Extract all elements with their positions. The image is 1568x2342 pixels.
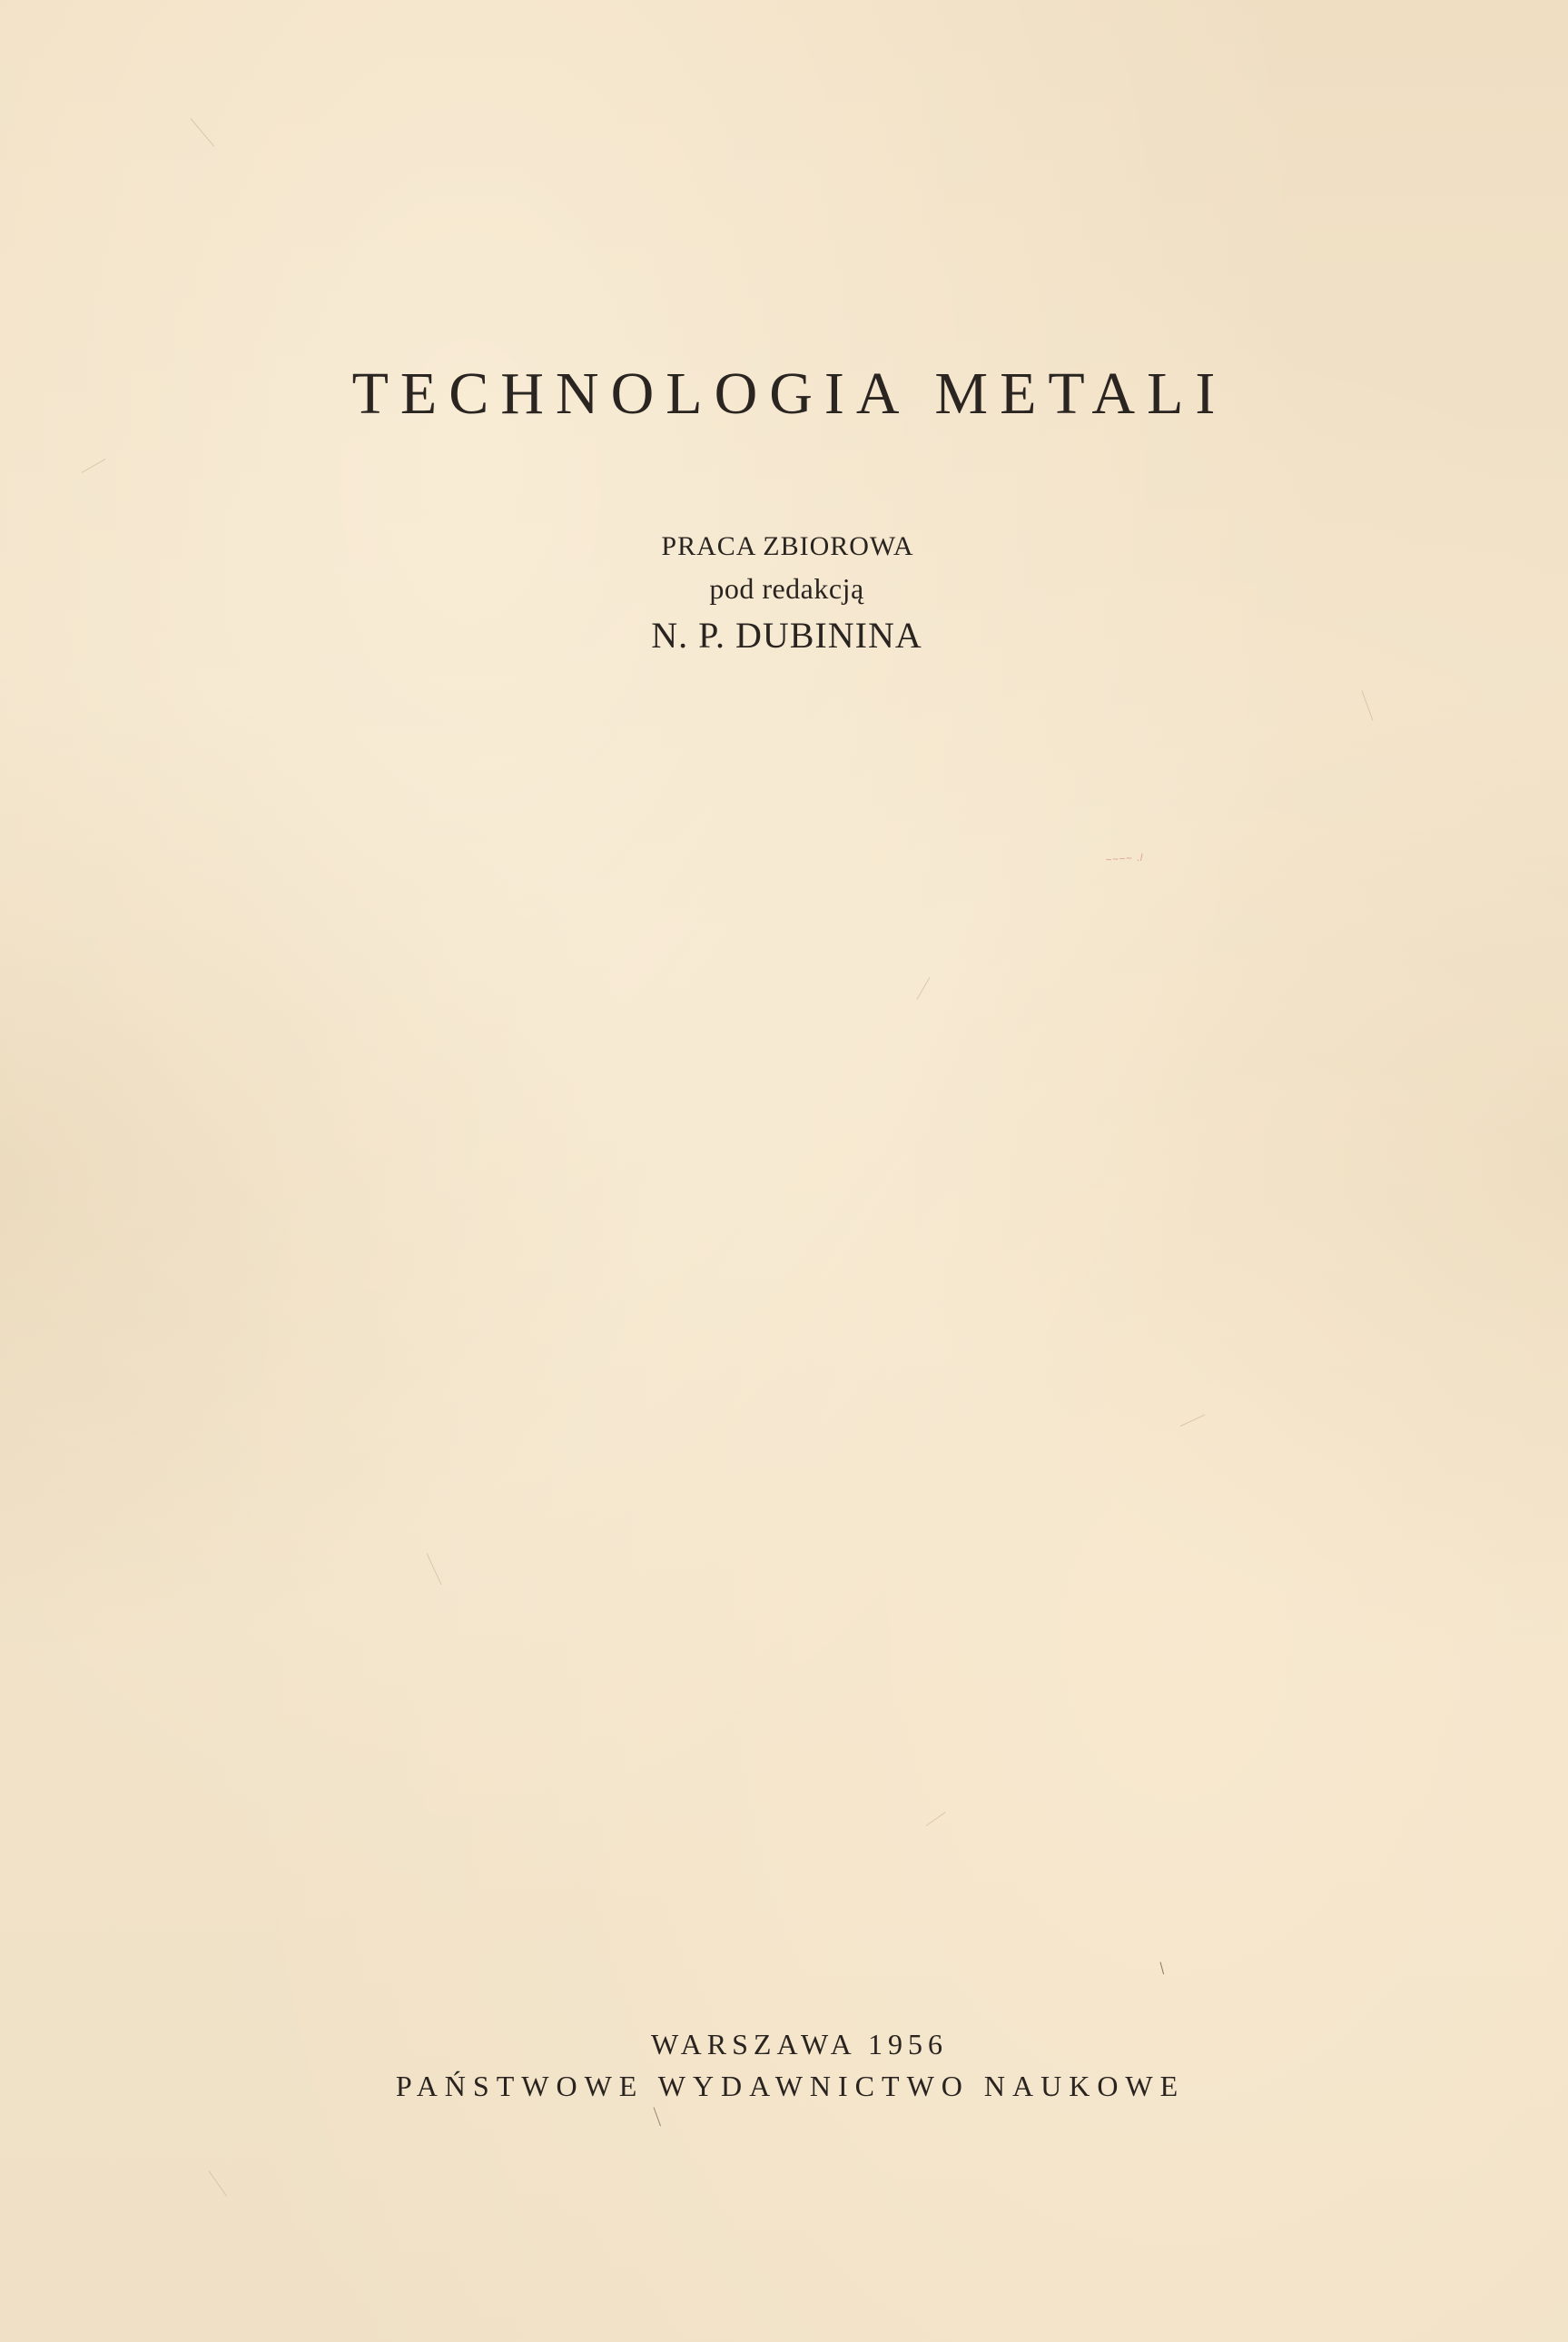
editor-prefix: pod redakcją [0, 567, 1568, 610]
editor-name: N. P. DUBININA [0, 610, 1568, 661]
paper-fiber [209, 2170, 227, 2196]
paper-fiber [82, 459, 105, 473]
paper-fiber [1160, 1962, 1165, 1974]
paper-fiber [926, 1812, 946, 1826]
library-stamp-mark: ~~~~ ./ [1106, 853, 1145, 866]
imprint-block: WARSZAWA 1956 PAŃSTWOWE WYDAWNICTWO NAUK… [0, 2023, 1568, 2107]
paper-fiber [191, 118, 214, 146]
editorial-block: PRACA ZBIOROWA pod redakcją N. P. DUBINI… [0, 527, 1568, 661]
paper-fiber [427, 1553, 442, 1585]
city-year: WARSZAWA 1956 [0, 2023, 1568, 2065]
paper-fiber [917, 977, 931, 1000]
paper-fiber [654, 2107, 661, 2126]
book-title: TECHNOLOGIA METALI [0, 360, 1568, 429]
title-page: TECHNOLOGIA METALI PRACA ZBIOROWA pod re… [0, 0, 1568, 2342]
paper-fiber [1362, 690, 1374, 720]
publisher-name: PAŃSTWOWE WYDAWNICTWO NAUKOWE [0, 2065, 1568, 2107]
collective-work-label: PRACA ZBIOROWA [0, 527, 1568, 567]
paper-fiber [1180, 1414, 1206, 1427]
